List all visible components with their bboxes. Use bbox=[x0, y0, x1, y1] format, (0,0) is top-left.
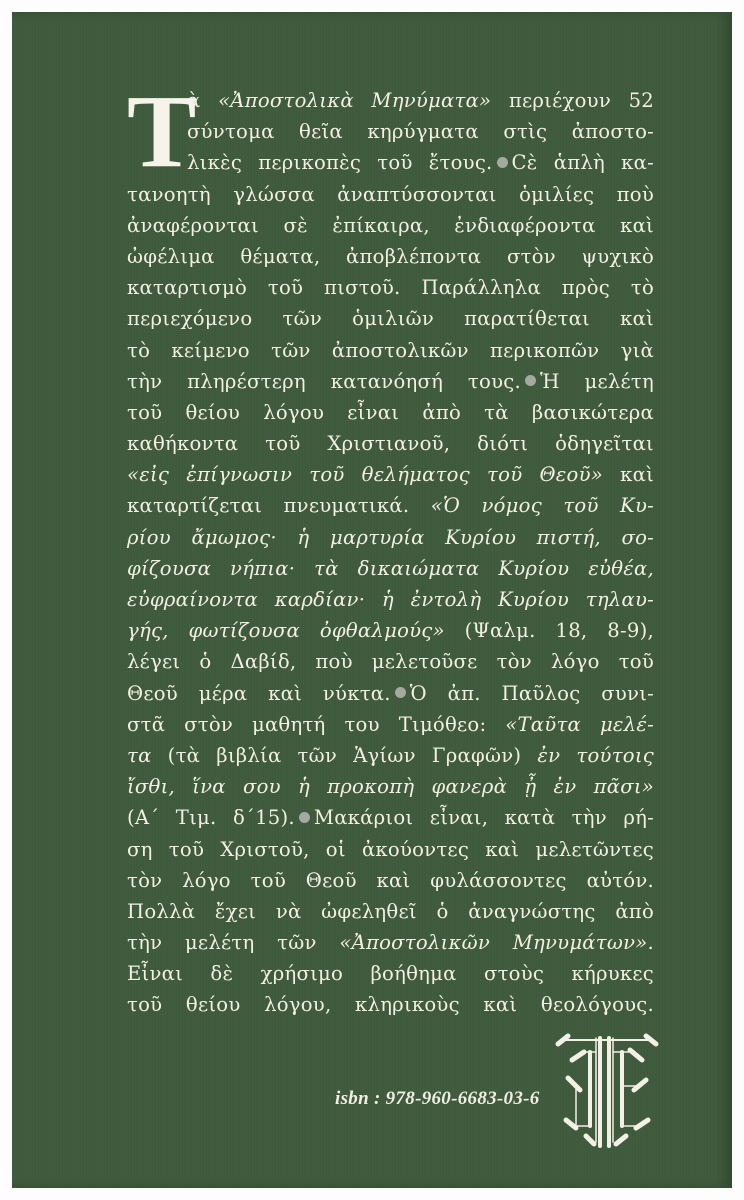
blurb-line: στᾶ στὸν μαθητή του Τιμόθεο: «Ταῦτα μελέ… bbox=[127, 709, 654, 740]
blurb-text-segment: ἐν τούτοις bbox=[537, 744, 654, 767]
blurb-text-segment: λέγει ὁ Δαβίδ, ποὺ μελετοῦσε τὸν λόγο το… bbox=[127, 650, 654, 673]
blurb-text-segment: σύντομα θεῖα κηρύγματα στὶς ἀποστο- bbox=[187, 120, 654, 143]
blurb-text-segment: περιέχουν 52 bbox=[491, 89, 654, 112]
bullet-dot-icon bbox=[299, 812, 310, 823]
blurb-text-segment: «Ὁ νόμος τοῦ Κυ- bbox=[431, 494, 654, 517]
bullet-dot-icon bbox=[525, 375, 536, 386]
blurb-line: τὴν πληρέστερη κατανόησή τους.Ἡ μελέτη bbox=[127, 366, 654, 397]
blurb-line: φίζουσα νήπια· τὰ δικαιώματα Κυρίου εὐθέ… bbox=[127, 553, 654, 584]
blurb-line: τοῦ θείου λόγου, κληρικοὺς καὶ θεολόγους… bbox=[127, 989, 654, 1020]
blurb-text-segment: (Α΄ Τιμ. δ΄15). bbox=[127, 806, 295, 829]
blurb-text-segment: στᾶ στὸν μαθητή του Τιμόθεο: bbox=[127, 713, 505, 736]
blurb-text-segment: εὐφραίνοντα καρδίαν· ἡ ἐντολὴ Κυρίου τηλ… bbox=[127, 588, 654, 611]
blurb-line: σύντομα θεῖα κηρύγματα στὶς ἀποστο- bbox=[127, 116, 654, 147]
blurb-text: Τ ὰ «Ἀποστολικὰ Μηνύματα» περιέχουν 52σύ… bbox=[127, 85, 654, 1021]
blurb-line: ἴσθι, ἵνα σου ἡ προκοπὴ φανερὰ ᾖ ἐν πᾶσι… bbox=[127, 771, 654, 802]
blurb-text-segment: ση τοῦ Χριστοῦ, οἱ ἀκούοντες καὶ μελετῶν… bbox=[127, 838, 654, 861]
blurb-line: «εἰς ἐπίγνωσιν τοῦ θελήματος τοῦ Θεοῦ» κ… bbox=[127, 459, 654, 490]
blurb-text-segment: τὸ κείμενο τῶν ἀποστολικῶν περικοπῶν γιὰ bbox=[127, 339, 654, 362]
blurb-line: τανοητὴ γλώσσα ἀναπτύσσονται ὁμιλίες ποὺ bbox=[127, 179, 654, 210]
blurb-text-segment: ρίου ἄμωμος· ἡ μαρτυρία Κυρίου πιστή, σο… bbox=[127, 526, 654, 549]
blurb-line: περιεχόμενο τῶν ὁμιλιῶν παρατίθεται καὶ bbox=[127, 303, 654, 334]
blurb-line: τοῦ θείου λόγου εἶναι ἀπὸ τὰ βασικώτερα bbox=[127, 397, 654, 428]
blurb-line: Εἶναι δὲ χρήσιμο βοήθημα στοὺς κήρυκες bbox=[127, 958, 654, 989]
blurb-text-segment: Μακάριοι εἶναι, κατὰ τὴν ρή- bbox=[314, 806, 654, 829]
blurb-text-segment: καταρτισμὸ τοῦ πιστοῦ. Παράλληλα πρὸς τὸ bbox=[127, 276, 654, 299]
blurb-text-segment: Εἶναι δὲ χρήσιμο βοήθημα στοὺς κήρυκες bbox=[127, 962, 654, 985]
blurb-line: Θεοῦ μέρα καὶ νύκτα.Ὁ ἀπ. Παῦλος συνι- bbox=[127, 678, 654, 709]
blurb-text-segment: ὠφέλιμα θέματα, ἀποβλέποντα στὸν ψυχικὸ bbox=[127, 245, 654, 268]
isbn-label: isbn : 978-960-6683-03-6 bbox=[335, 1088, 540, 1110]
blurb-text-segment: ἴσθι, ἵνα σου ἡ προκοπὴ φανερὰ ᾖ ἐν πᾶσι… bbox=[127, 775, 654, 798]
blurb-line: ση τοῦ Χριστοῦ, οἱ ἀκούοντες καὶ μελετῶν… bbox=[127, 834, 654, 865]
blurb-line: ρίου ἄμωμος· ἡ μαρτυρία Κυρίου πιστή, σο… bbox=[127, 522, 654, 553]
blurb-line: τὸ κείμενο τῶν ἀποστολικῶν περικοπῶν γιὰ bbox=[127, 335, 654, 366]
blurb-line: (Α΄ Τιμ. δ΄15).Μακάριοι εἶναι, κατὰ τὴν … bbox=[127, 802, 654, 833]
blurb-text-segment: Πολλὰ ἔχει νὰ ὠφεληθεῖ ὁ ἀναγνώστης ἀπὸ bbox=[127, 900, 654, 923]
blurb-text-segment: Cὲ ἁπλὴ κα- bbox=[512, 151, 654, 174]
blurb-text-segment: «Ταῦτα μελέ- bbox=[505, 713, 654, 736]
blurb-text-segment: τὴν πληρέστερη κατανόησή τους. bbox=[127, 370, 521, 393]
blurb-text-segment: περιεχόμενο τῶν ὁμιλιῶν παρατίθεται καὶ bbox=[127, 307, 654, 330]
blurb-line: ἀναφέρονται σὲ ἐπίκαιρα, ἐνδιαφέροντα κα… bbox=[127, 210, 654, 241]
blurb-text-segment: (τὰ βιβλία τῶν Ἁγίων Γραφῶν) bbox=[152, 744, 538, 767]
blurb-text-segment: ἀναφέρονται σὲ ἐπίκαιρα, ἐνδιαφέροντα κα… bbox=[127, 214, 654, 237]
blurb-text-segment: τοῦ θείου λόγου εἶναι ἀπὸ τὰ βασικώτερα bbox=[127, 401, 654, 424]
blurb-text-segment: Ἡ μελέτη bbox=[540, 370, 654, 393]
bullet-dot-icon bbox=[395, 687, 406, 698]
blurb-line: τὴν μελέτη τῶν «Ἀποστολικῶν Μηνυμάτων». bbox=[127, 927, 654, 958]
blurb-line: καταρτισμὸ τοῦ πιστοῦ. Παράλληλα πρὸς τὸ bbox=[127, 272, 654, 303]
blurb-text-segment: τα bbox=[127, 744, 152, 767]
drop-cap: Τ bbox=[127, 89, 197, 175]
blurb-text-segment: «Ἀποστολικῶν Μηνυμάτων». bbox=[339, 931, 654, 954]
bullet-dot-icon bbox=[497, 157, 508, 168]
blurb-line: Πολλὰ ἔχει νὰ ὠφεληθεῖ ὁ ἀναγνώστης ἀπὸ bbox=[127, 896, 654, 927]
blurb-text-segment: καὶ bbox=[603, 463, 654, 486]
blurb-text-segment: Θεοῦ μέρα καὶ νύκτα. bbox=[127, 682, 391, 705]
blurb-line: καθήκοντα τοῦ Χριστιανοῦ, διότι ὁδηγεῖτα… bbox=[127, 428, 654, 459]
blurb-lines: ὰ «Ἀποστολικὰ Μηνύματα» περιέχουν 52σύντ… bbox=[127, 85, 654, 1021]
blurb-line: καταρτίζεται πνευματικά. «Ὁ νόμος τοῦ Κυ… bbox=[127, 490, 654, 521]
blurb-text-segment: «εἰς ἐπίγνωσιν τοῦ θελήματος τοῦ Θεοῦ» bbox=[127, 463, 603, 486]
blurb-text-segment: τανοητὴ γλώσσα ἀναπτύσσονται ὁμιλίες ποὺ bbox=[127, 183, 654, 206]
publisher-monogram-icon bbox=[552, 1030, 662, 1150]
blurb-text-segment: «Ἀποστολικὰ Μηνύματα» bbox=[218, 89, 491, 112]
blurb-line: ὰ «Ἀποστολικὰ Μηνύματα» περιέχουν 52 bbox=[127, 85, 654, 116]
blurb-text-segment: γής, φωτίζουσα ὀφθαλμούς» bbox=[127, 619, 445, 642]
book-back-cover: Τ ὰ «Ἀποστολικὰ Μηνύματα» περιέχουν 52σύ… bbox=[12, 12, 732, 1188]
blurb-text-segment: τὸν λόγο τοῦ Θεοῦ καὶ φυλάσσοντες αὐτόν. bbox=[127, 869, 654, 892]
blurb-line: λικὲς περικοπὲς τοῦ ἔτους.Cὲ ἁπλὴ κα- bbox=[127, 147, 654, 178]
blurb-line: λέγει ὁ Δαβίδ, ποὺ μελετοῦσε τὸν λόγο το… bbox=[127, 646, 654, 677]
blurb-line: τὸν λόγο τοῦ Θεοῦ καὶ φυλάσσοντες αὐτόν. bbox=[127, 865, 654, 896]
blurb-text-segment: λικὲς περικοπὲς τοῦ ἔτους. bbox=[187, 151, 493, 174]
blurb-text-segment: (Ψαλμ. 18, 8-9), bbox=[445, 619, 654, 642]
blurb-line: ὠφέλιμα θέματα, ἀποβλέποντα στὸν ψυχικὸ bbox=[127, 241, 654, 272]
blurb-line: γής, φωτίζουσα ὀφθαλμούς» (Ψαλμ. 18, 8-9… bbox=[127, 615, 654, 646]
blurb-line: τα (τὰ βιβλία τῶν Ἁγίων Γραφῶν) ἐν τούτο… bbox=[127, 740, 654, 771]
blurb-text-segment: Ὁ ἀπ. Παῦλος συνι- bbox=[410, 682, 654, 705]
blurb-text-segment: τοῦ θείου λόγου, κληρικοὺς καὶ θεολόγους… bbox=[127, 993, 654, 1016]
blurb-text-segment: καθήκοντα τοῦ Χριστιανοῦ, διότι ὁδηγεῖτα… bbox=[127, 432, 654, 455]
blurb-text-segment: φίζουσα νήπια· τὰ δικαιώματα Κυρίου εὐθέ… bbox=[127, 557, 654, 580]
blurb-line: εὐφραίνοντα καρδίαν· ἡ ἐντολὴ Κυρίου τηλ… bbox=[127, 584, 654, 615]
blurb-text-segment: τὴν μελέτη τῶν bbox=[127, 931, 339, 954]
blurb-text-segment: καταρτίζεται πνευματικά. bbox=[127, 494, 431, 517]
